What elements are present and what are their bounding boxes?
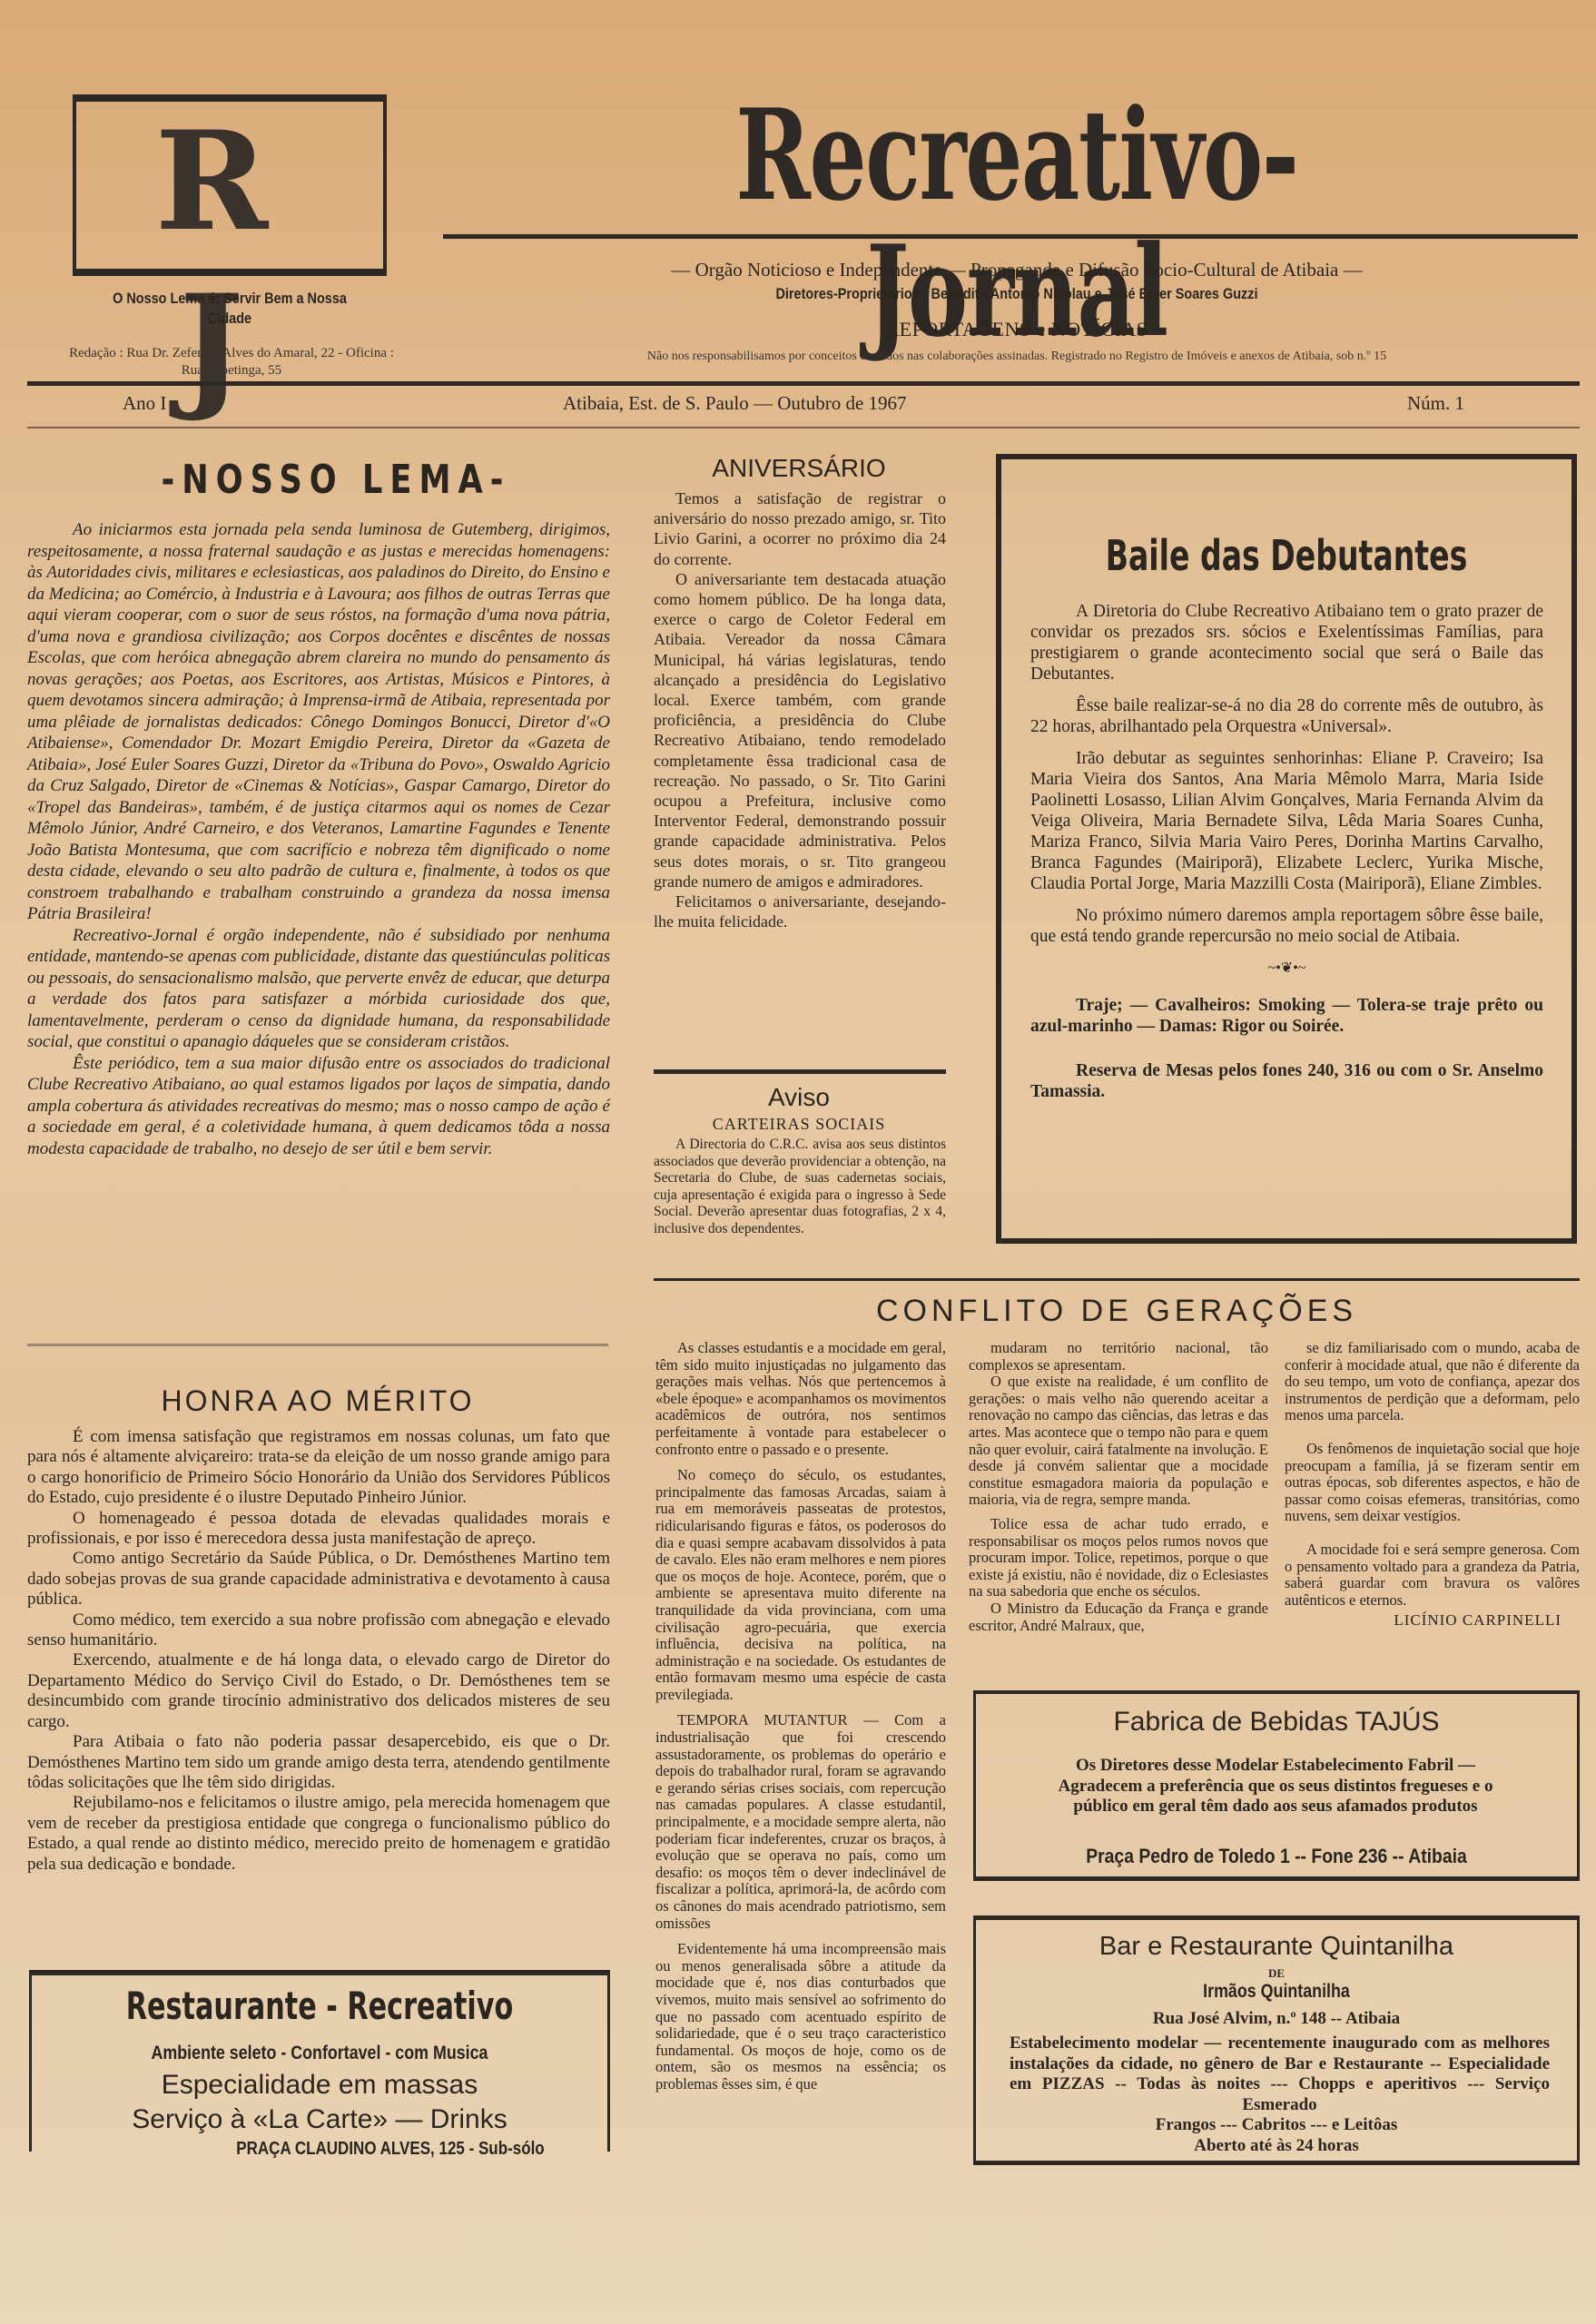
- paragraph: Exercendo, atualmente e de há longa data…: [27, 1650, 610, 1732]
- paragraph: No começo do século, os estudantes, prin…: [655, 1467, 946, 1703]
- article-honra: É com imensa satisfação que registramos …: [27, 1427, 610, 1875]
- owners: Diretores-Proprietarios : Benedito Anton…: [538, 285, 1495, 303]
- ad-tajus-title: Fabrica de Bebidas TAJÚS: [973, 1707, 1580, 1738]
- heading-honra: HONRA AO MÉRITO: [27, 1384, 608, 1418]
- heading-aniversario: ANIVERSÁRIO: [649, 454, 949, 483]
- ad-quintanilha-title: Bar e Restaurante Quintanilha: [973, 1932, 1580, 1962]
- paragraph: O Ministro da Educação da França e grand…: [969, 1600, 1268, 1634]
- paragraph: mudaram no território nacional, tão comp…: [969, 1340, 1268, 1374]
- paragraph: Para Atibaia o fato não poderia passar d…: [27, 1732, 610, 1793]
- article-aniversario: Temos a satisfação de registrar o aniver…: [654, 488, 946, 931]
- year-label: Ano I: [123, 392, 166, 415]
- paragraph: Rejubilamo-nos e felicitamos o ilustre a…: [27, 1793, 610, 1875]
- ad-quintanilha-de: DE: [973, 1966, 1580, 1981]
- paragraph: O que existe na realidade, é um conflito…: [969, 1374, 1268, 1509]
- ad-restaurante-line2: Especialidade em massas: [29, 2070, 610, 2101]
- paragraph: A mocidade foi e será sempre generosa. C…: [1285, 1541, 1580, 1609]
- ad-restaurante-address: PRAÇA CLAUDINO ALVES, 125 - Sub-sólo: [213, 2139, 568, 2160]
- paragraph: Tolice essa de achar tudo errado, e resp…: [969, 1516, 1268, 1600]
- conflito-column-2: mudaram no território nacional, tão comp…: [969, 1340, 1268, 1634]
- ad-quintanilha-owners: Irmãos Quintanilha: [1019, 1981, 1534, 2003]
- subheading-carteiras: CARTEIRAS SOCIAIS: [649, 1115, 949, 1134]
- divider: [654, 1278, 1580, 1281]
- section-label: REPORTAGENS e NOTÍCIAS: [454, 318, 1580, 341]
- paragraph: Evidentemente há uma incompreensão mais …: [655, 1941, 946, 2093]
- author-signature: LICÍNIO CARPINELLI: [1285, 1612, 1580, 1630]
- article-baile: A Diretoria do Clube Recreativo Atibaian…: [1030, 601, 1543, 1102]
- paragraph: Ao iniciarmos esta jornada pela senda lu…: [27, 519, 610, 925]
- paragraph: Recreativo-Jornal é orgão independente, …: [27, 925, 610, 1053]
- heading-baile: Baile das Debutantes: [1078, 531, 1496, 580]
- divider: [27, 427, 1580, 428]
- place-date: Atibaia, Est. de S. Paulo — Outubro de 1…: [563, 392, 907, 415]
- motto: O Nosso Lema é: Servir Bem a Nossa Cidad…: [96, 289, 363, 329]
- tagline: — Orgão Noticioso e Independente — Propa…: [454, 259, 1580, 281]
- ad-quintanilha-line: Frangos --- Cabritos --- e Leitôas: [973, 2115, 1580, 2135]
- paragraph: Êste periódico, tem a sua maior difusão …: [27, 1053, 610, 1160]
- ad-tajus-address: Praça Pedro de Toledo 1 -- Fone 236 -- A…: [1010, 1845, 1543, 1868]
- paragraph: O aniversariante tem destacada atuação c…: [654, 569, 946, 891]
- address: Redação : Rua Dr. Zeferino Alves do Amar…: [64, 345, 399, 379]
- conflito-column-3: se diz familiarisado com o mundo, acaba …: [1285, 1340, 1580, 1630]
- heading-nosso-lema: -NOSSO LEMA-: [89, 457, 583, 503]
- dress-code: Traje; — Cavalheiros: Smoking — Tolera-s…: [1030, 995, 1543, 1037]
- paragraph: se diz familiarisado com o mundo, acaba …: [1285, 1340, 1580, 1424]
- issue-number: Núm. 1: [1407, 392, 1464, 415]
- paragraph: O homenageado é pessoa dotada de elevada…: [27, 1509, 610, 1550]
- ad-restaurante-line3: Serviço à «La Carte» — Drinks: [29, 2104, 610, 2135]
- divider: [27, 1344, 608, 1346]
- divider: [443, 234, 1578, 239]
- paragraph: Temos a satisfação de registrar o aniver…: [654, 488, 946, 569]
- paragraph: A Directoria do C.R.C. avisa aos seus di…: [654, 1137, 946, 1238]
- paragraph: Irão debutar as seguintes senhorinhas: E…: [1030, 748, 1543, 894]
- divider: [654, 1069, 946, 1074]
- paragraph: Êsse baile realizar-se-á no dia 28 do co…: [1030, 695, 1543, 737]
- ad-tajus-text: Os Diretores desse Modelar Estabelecimen…: [1044, 1756, 1507, 1817]
- heading-aviso: Aviso: [649, 1083, 949, 1112]
- ad-quintanilha-text: Estabelecimento modelar — recentemente i…: [1010, 2033, 1550, 2115]
- paragraph: No próximo número daremos ampla reportag…: [1030, 905, 1543, 947]
- disclaimer: Não nos responsabilisamos por conceitos …: [454, 350, 1580, 364]
- ad-quintanilha-hours: Aberto até às 24 horas: [973, 2136, 1580, 2156]
- divider: [27, 381, 1580, 386]
- ad-quintanilha-address: Rua José Alvim, n.º 148 -- Atibaia: [973, 2009, 1580, 2029]
- article-nosso-lema: Ao iniciarmos esta jornada pela senda lu…: [27, 519, 610, 1159]
- paragraph: Felicitamos o aniversariante, desejando-…: [654, 891, 946, 931]
- paragraph: Os fenômenos de inquietação social que h…: [1285, 1441, 1580, 1525]
- paragraph: É com imensa satisfação que registramos …: [27, 1427, 610, 1509]
- paragraph: As classes estudantis e a mocidade em ge…: [655, 1340, 946, 1458]
- paragraph: Como médico, tem exercido a sua nobre pr…: [27, 1610, 610, 1651]
- ornament: ~•❦•~: [1030, 958, 1543, 979]
- heading-conflito: CONFLITO DE GERAÇÕES: [654, 1294, 1580, 1329]
- ad-restaurante-line1: Ambiente seleto - Confortavel - com Musi…: [73, 2043, 566, 2064]
- conflito-column-1: As classes estudantis e a mocidade em ge…: [655, 1340, 946, 2093]
- paragraph: TEMPORA MUTANTUR — Com a industrialisaçã…: [655, 1712, 946, 1932]
- article-aviso: A Directoria do C.R.C. avisa aos seus di…: [654, 1137, 946, 1238]
- ad-restaurante-title: Restaurante - Recreativo: [111, 1984, 529, 2028]
- reservation: Reserva de Mesas pelos fones 240, 316 ou…: [1030, 1060, 1543, 1102]
- paragraph: A Diretoria do Clube Recreativo Atibaian…: [1030, 601, 1543, 684]
- paragraph: Como antigo Secretário da Saúde Pública,…: [27, 1549, 610, 1610]
